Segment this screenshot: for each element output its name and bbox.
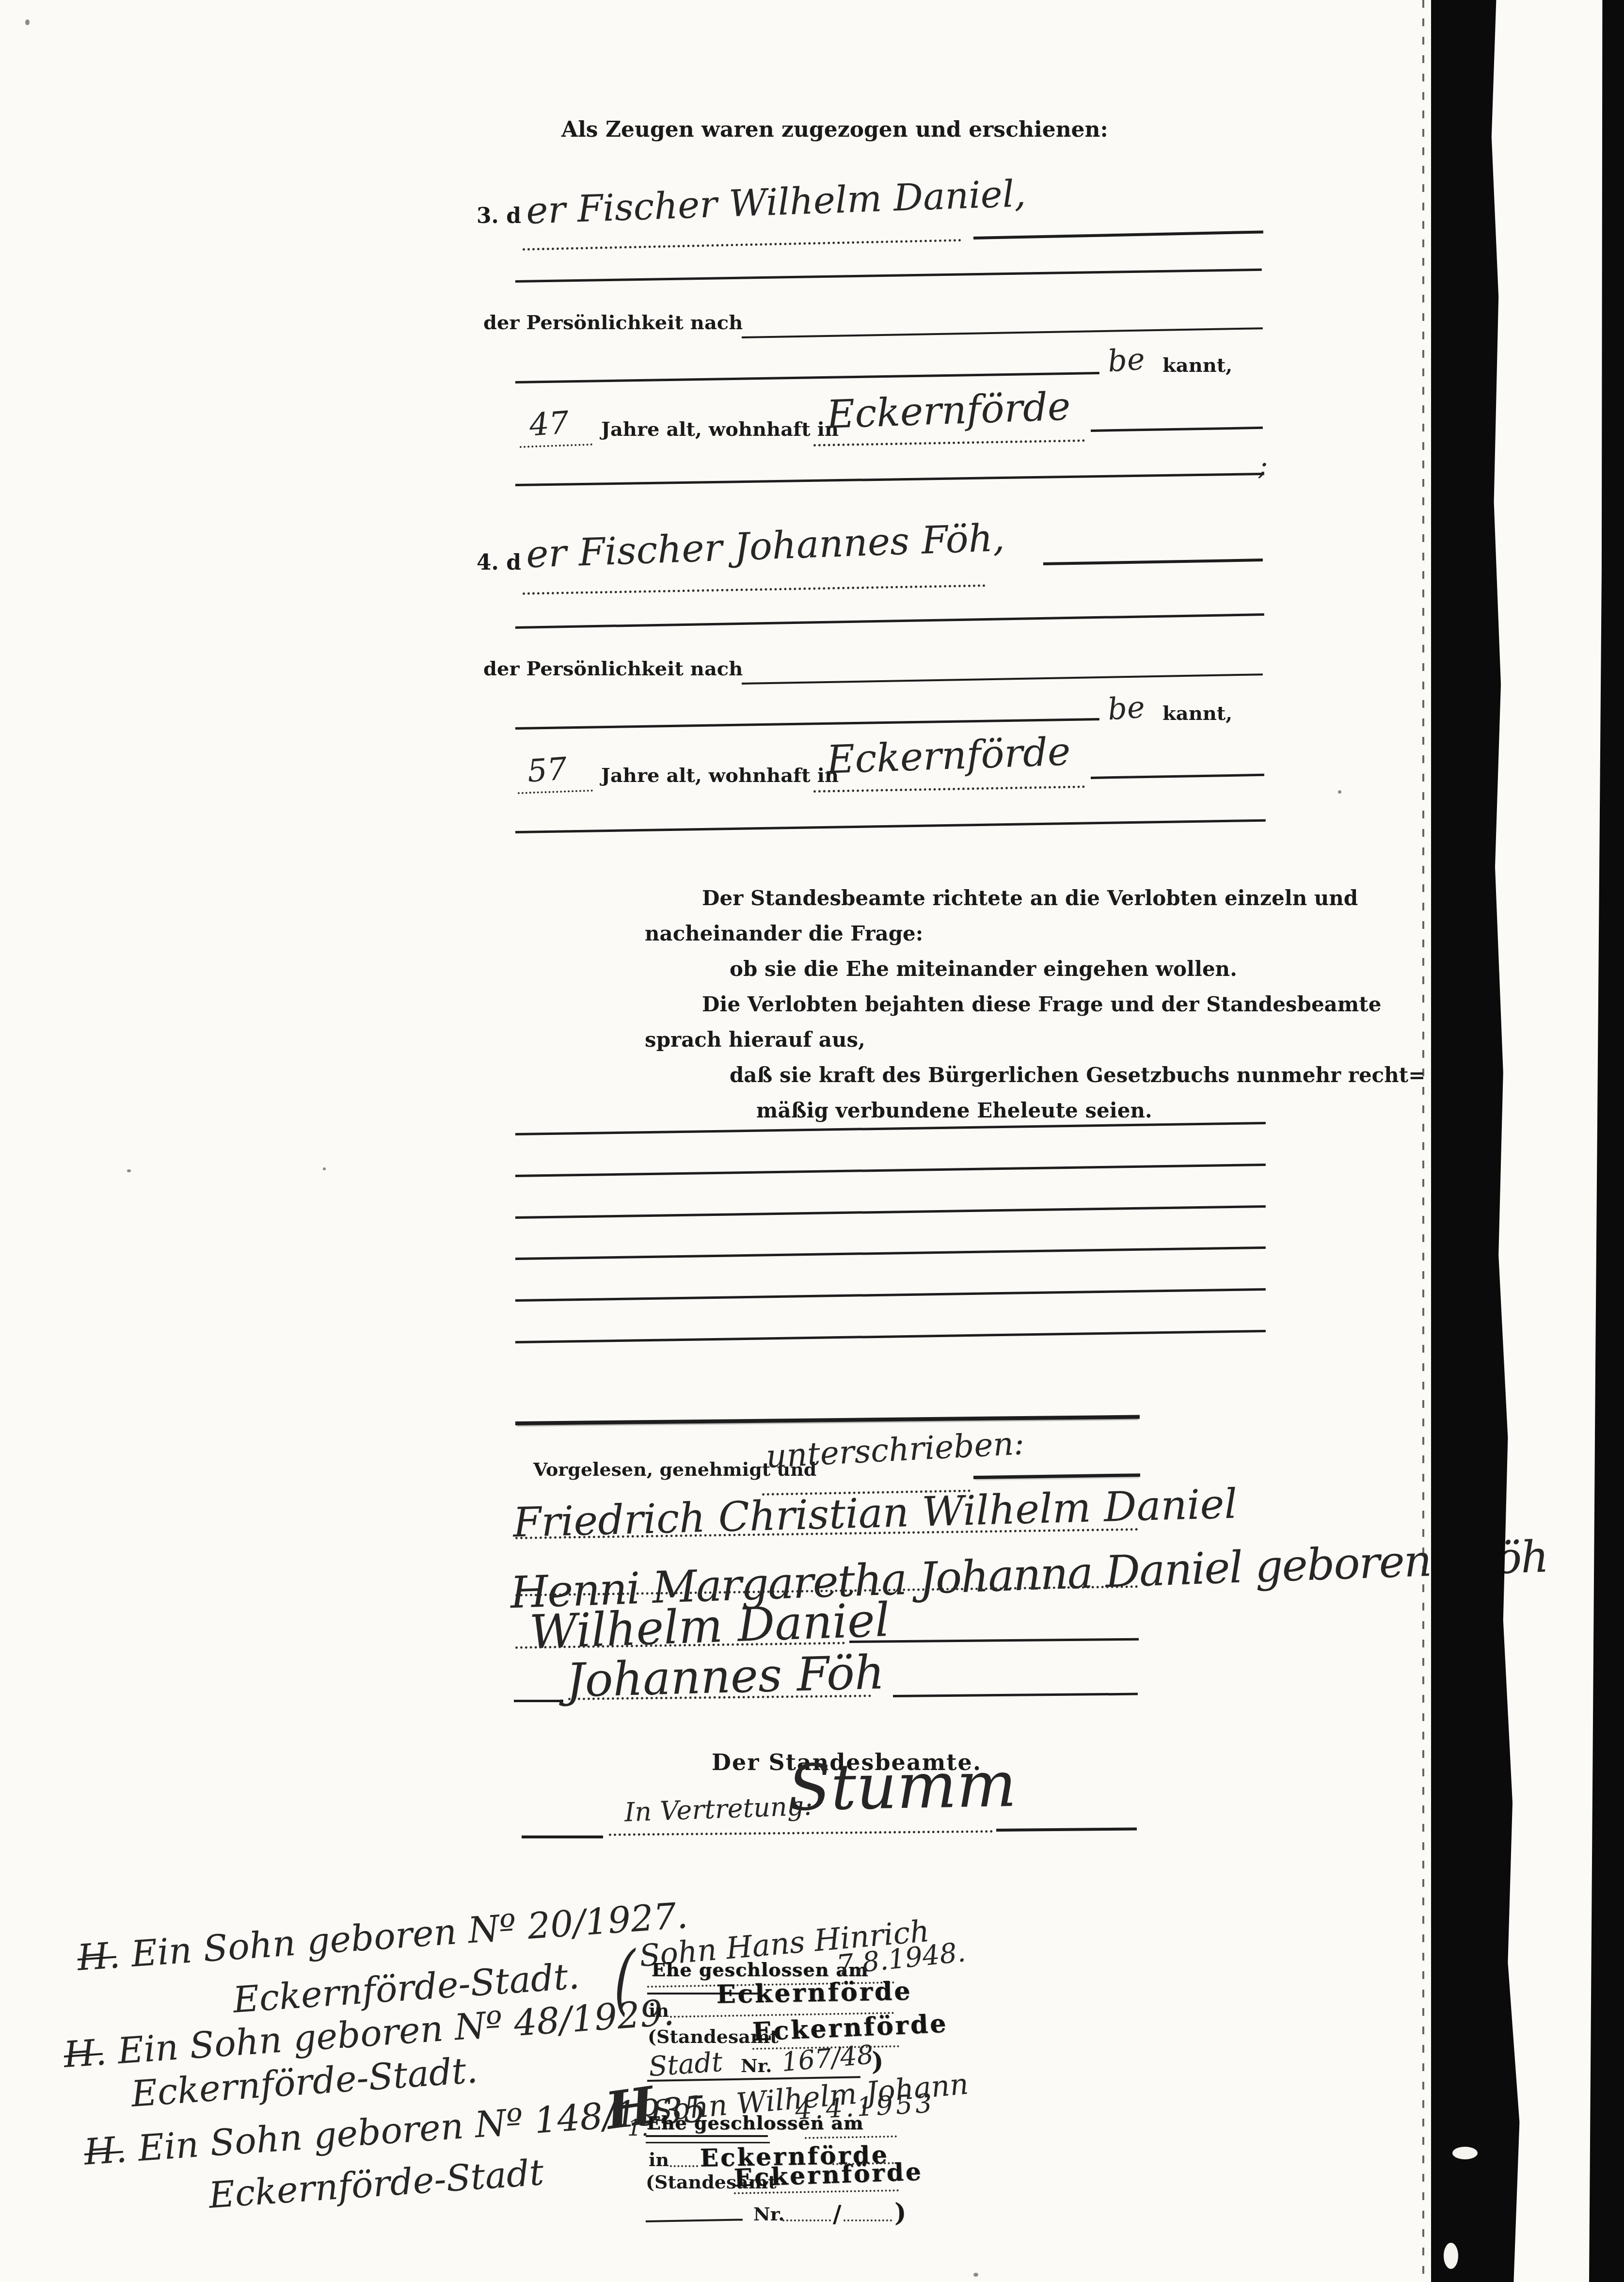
fill-line-solid bbox=[996, 1827, 1137, 1832]
fill-line-dotted bbox=[609, 1830, 993, 1836]
age-underline bbox=[518, 790, 593, 794]
dust-speck bbox=[127, 1169, 131, 1172]
scan-white-gap bbox=[1444, 2243, 1458, 2269]
witness3-be-handwritten: be bbox=[1107, 341, 1146, 379]
fill-line-solid bbox=[522, 1835, 603, 1838]
witness3-index: 3. d bbox=[477, 204, 521, 228]
ruled-line bbox=[515, 1288, 1266, 1302]
witness4-city-handwritten: Eckernförde bbox=[826, 729, 1071, 782]
signature-line-solid bbox=[893, 1693, 1138, 1697]
page-edge-line bbox=[1422, 0, 1424, 2282]
stamp1953-bottom-dashes bbox=[646, 2219, 743, 2222]
stamp1948-brace: ( bbox=[613, 1932, 636, 2025]
witness4-be-handwritten: be bbox=[1107, 689, 1146, 727]
in-vertretung-handwritten: In Vertretung: bbox=[624, 1790, 813, 1828]
fill-line-solid bbox=[973, 1473, 1140, 1479]
scan-black-band-inner bbox=[1431, 0, 1547, 2282]
ruled-line bbox=[515, 269, 1262, 283]
fill-line-solid bbox=[973, 230, 1263, 239]
fill-line-dotted bbox=[523, 239, 961, 251]
witness4-age-label: Jahre alt, wohnhaft in bbox=[601, 764, 839, 787]
fill-line bbox=[515, 718, 1099, 730]
stamp1953-slash: / bbox=[833, 2201, 842, 2228]
stamp1953-underline-a bbox=[646, 2135, 768, 2137]
witness4-persoenlichkeit-label: der Persönlichkeit nach bbox=[483, 657, 743, 680]
margin-note-3-place: Eckernförde-Stadt bbox=[207, 2152, 545, 2217]
city-line-solid bbox=[1091, 774, 1264, 779]
witness3-persoenlichkeit-label: der Persönlichkeit nach bbox=[483, 311, 743, 334]
ruled-line bbox=[515, 1246, 1266, 1260]
unterschrieben-handwritten: unterschrieben: bbox=[765, 1424, 1025, 1475]
official-signature: Stumm bbox=[787, 1747, 1017, 1825]
stamp1953-nr-dots-2 bbox=[844, 2219, 892, 2221]
ruled-line bbox=[515, 473, 1264, 486]
witnesses-heading: Als Zeugen waren zugezogen und erschiene… bbox=[561, 117, 1108, 142]
signature-line-solid bbox=[849, 1638, 1139, 1643]
stamp1948-nr-label: Nr. bbox=[741, 2055, 772, 2076]
margin-note-1-text: H. Ein Sohn geboren Nº 20/1927. bbox=[76, 1895, 689, 1979]
witness4-index: 4. d bbox=[477, 550, 521, 575]
ruled-line bbox=[515, 1122, 1266, 1135]
city-line-dotted bbox=[813, 785, 1085, 793]
stamp1948-city-stamp: Eckernförde bbox=[716, 1976, 912, 2009]
declaration-line-3: ob sie die Ehe miteinander eingehen woll… bbox=[730, 957, 1237, 981]
ruled-line bbox=[515, 1330, 1266, 1343]
stamp1948-stadt-hand: Stadt bbox=[648, 2046, 724, 2083]
declaration-line-4: Die Verlobten bejahten diese Frage und d… bbox=[702, 992, 1381, 1016]
ruled-line bbox=[515, 1164, 1266, 1177]
stamp1948-paren-close: ) bbox=[872, 2047, 884, 2076]
scan-black-band-edge bbox=[1589, 0, 1624, 2282]
stamp1953-nr-dots-1 bbox=[782, 2219, 831, 2221]
ruled-line-bold bbox=[515, 1415, 1140, 1425]
fill-line-dotted bbox=[523, 584, 986, 595]
fill-line bbox=[742, 327, 1263, 338]
declaration-line-2: nacheinander die Frage: bbox=[645, 922, 923, 945]
scan-white-gap bbox=[1452, 2147, 1478, 2159]
witness3-age-handwritten: 47 bbox=[528, 405, 570, 444]
age-underline bbox=[520, 444, 592, 448]
city-line-solid bbox=[1091, 427, 1263, 432]
fill-line bbox=[742, 673, 1263, 685]
stamp1953-in-dots-left bbox=[670, 2165, 698, 2167]
dust-speck bbox=[25, 19, 30, 25]
witness3-name-handwritten: er Fischer Wilhelm Daniel, bbox=[525, 172, 1027, 232]
signature-line-solid bbox=[514, 1700, 563, 1702]
stamp1953-in-label: in bbox=[649, 2149, 669, 2170]
stamp1953-nr-label: Nr. bbox=[753, 2203, 785, 2225]
witness4-kannt-label: kannt, bbox=[1162, 702, 1232, 725]
declaration-line-6: daß sie kraft des Bürgerlichen Gesetzbuc… bbox=[730, 1063, 1425, 1087]
ruled-line bbox=[515, 1205, 1266, 1219]
dust-speck bbox=[1338, 790, 1341, 794]
declaration-line-5: sprach hierauf aus, bbox=[645, 1028, 865, 1052]
dust-speck bbox=[323, 1167, 326, 1170]
stamp1948-in-label: in bbox=[649, 1999, 669, 2021]
ruled-line bbox=[515, 819, 1266, 833]
declaration-line-1: Der Standesbeamte richtete an die Verlob… bbox=[702, 886, 1358, 910]
stamp1953-standesamt-city-stamp: Eckernförde bbox=[733, 2157, 923, 2192]
stamp1953-paren-close: ) bbox=[894, 2198, 907, 2228]
witness4-name-handwritten: er Fischer Johannes Föh, bbox=[525, 516, 1005, 576]
stamp1953-ehe-label: Ehe geschlossen am bbox=[647, 2112, 863, 2134]
dust-speck bbox=[973, 2273, 978, 2277]
fill-line-solid bbox=[1043, 559, 1263, 565]
city-line-dotted bbox=[813, 439, 1085, 447]
ruled-line bbox=[515, 613, 1264, 629]
witness3-city-handwritten: Eckernförde bbox=[826, 383, 1071, 437]
fill-line bbox=[515, 372, 1099, 383]
witness3-kannt-label: kannt, bbox=[1162, 354, 1232, 377]
witness4-age-handwritten: 57 bbox=[526, 751, 568, 790]
scanned-marriage-register-page: Als Zeugen waren zugezogen und erschiene… bbox=[0, 0, 1624, 2282]
stamp1953-date-line bbox=[805, 2136, 897, 2139]
witness3-age-label: Jahre alt, wohnhaft in bbox=[601, 418, 839, 441]
declaration-line-7: mäßig verbundene Eheleute seien. bbox=[756, 1099, 1152, 1122]
witness3-stray-mark: ; bbox=[1258, 450, 1268, 481]
